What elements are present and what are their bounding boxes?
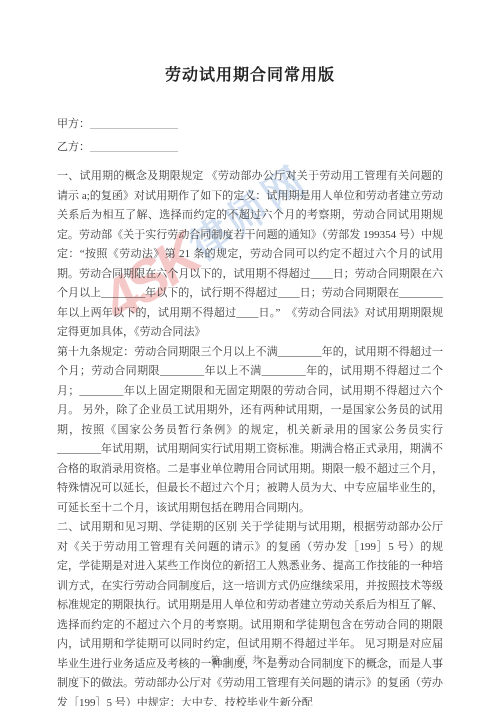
parties-block: 甲方：________________ 乙方：________________ [57, 113, 443, 159]
contract-page: 4SK律师网 劳动试用期合同常用版 甲方：________________ 乙方… [0, 0, 500, 706]
party-a-label: 甲方： [57, 118, 90, 130]
paragraph-section-1-continued: 第十九条规定：劳动合同期限三个月以上不满________年的，试用期不得超过一个… [57, 343, 443, 519]
party-b-row: 乙方：________________ [57, 136, 443, 159]
party-b-blank: ________________ [90, 141, 178, 153]
party-a-blank: ________________ [90, 118, 178, 130]
paragraph-section-2: 二、试用期和见习期、学徒期的区别 关于学徒期与试用期，根据劳动部办公厅对《关于劳… [57, 518, 443, 706]
party-a-row: 甲方：________________ [57, 113, 443, 136]
document-title: 劳动试用期合同常用版 [57, 0, 443, 85]
contract-body: 一、试用期的概念及期限规定 《劳动部办公厅对关于劳动用工管理有关问题的请示 a;… [57, 167, 443, 706]
page-content: 劳动试用期合同常用版 甲方：________________ 乙方：______… [0, 0, 500, 706]
paragraph-section-1: 一、试用期的概念及期限规定 《劳动部办公厅对关于劳动用工管理有关问题的请示 a;… [57, 167, 443, 343]
party-b-label: 乙方： [57, 141, 90, 153]
